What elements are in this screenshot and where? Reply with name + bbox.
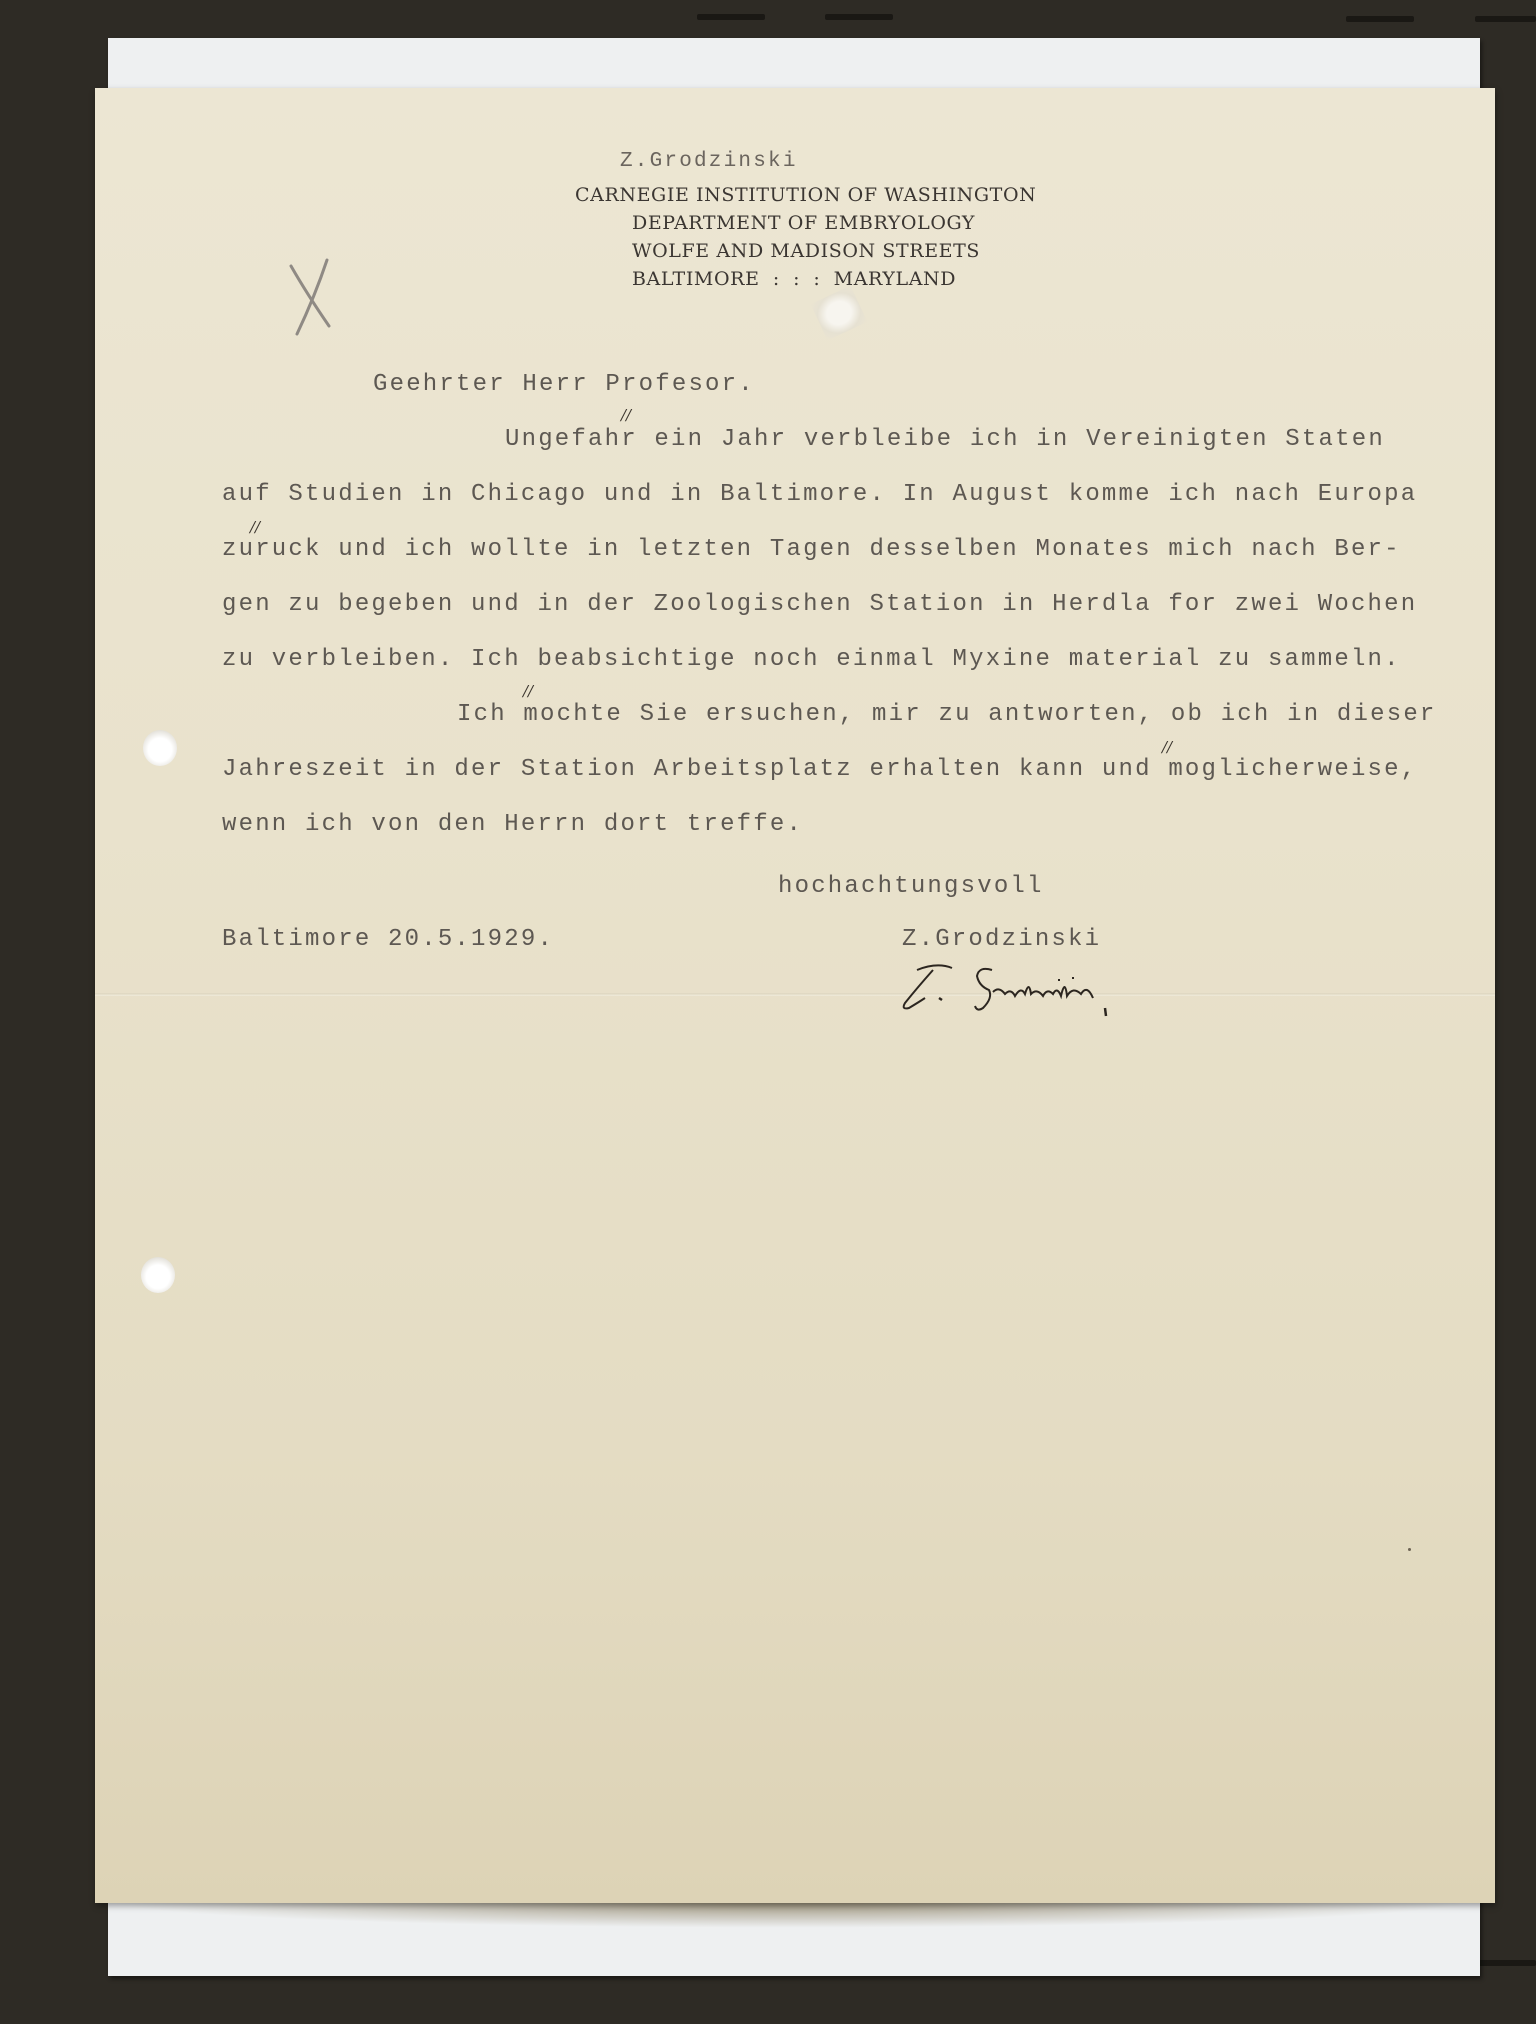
background-tab [1346,16,1414,22]
closing: hochachtungsvoll [778,873,1044,900]
background-tab [825,14,893,20]
letterhead-institution: CARNEGIE INSTITUTION OF WASHINGTON [575,184,1036,206]
punch-hole [143,730,177,766]
paper-tear [811,286,868,341]
body-line: auf Studien in Chicago und in Baltimore.… [222,481,1417,508]
letter-page: Z.Grodzinski CARNEGIE INSTITUTION OF WAS… [95,88,1495,1903]
handwritten-signature [897,958,1122,1028]
place-date: Baltimore 20.5.1929. [222,926,554,953]
pencil-x-mark [285,256,335,336]
typed-signature: Z.Grodzinski [902,926,1101,953]
body-line: zuruck und ich wollte in letzten Tagen d… [222,536,1401,563]
background-tab [1475,16,1536,22]
background-tab [697,14,765,20]
paper-shadow [100,1900,1480,1928]
body-line: Jahreszeit in der Station Arbeitsplatz e… [222,756,1417,783]
paper-speck [1408,1548,1411,1551]
letterhead-city: BALTIMORE : : : MARYLAND [632,268,956,290]
letterhead-department: DEPARTMENT OF EMBRYOLOGY [632,212,975,234]
umlaut-annotation: // [1162,738,1172,756]
salutation: Geehrter Herr Profesor. [373,371,755,398]
letterhead-address: WOLFE AND MADISON STREETS [632,240,980,262]
punch-hole [141,1257,175,1293]
body-line: wenn ich von den Herrn dort treffe. [222,811,803,838]
body-line: zu verbleiben. Ich beabsichtige noch ein… [222,646,1401,673]
umlaut-annotation: // [523,682,533,700]
body-line: Ich mochte Sie ersuchen, mir zu antworte… [457,701,1437,728]
umlaut-annotation: // [250,518,260,536]
letterhead-typed-name: Z.Grodzinski [620,150,798,173]
body-line: Ungefahr ein Jahr verbleibe ich in Verei… [505,426,1385,453]
body-line: gen zu begeben und in der Zoologischen S… [222,591,1417,618]
umlaut-annotation: // [621,406,631,424]
fold-line [95,993,1495,996]
background-tab [1475,1960,1536,1966]
